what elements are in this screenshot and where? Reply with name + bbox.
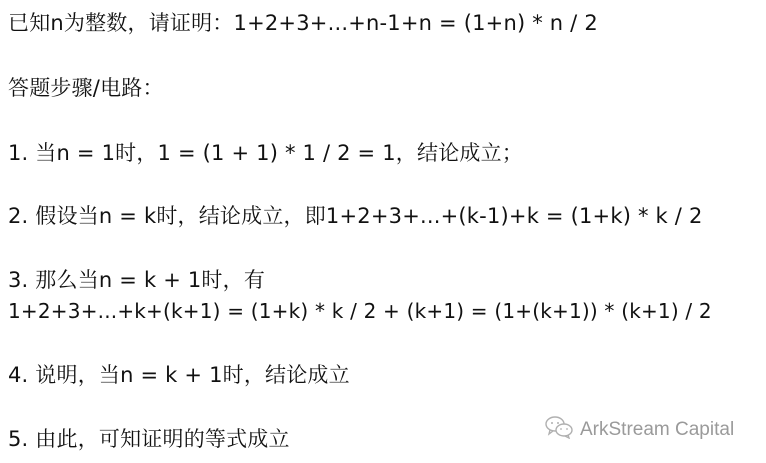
steps-heading: 答题步骤/电路： — [8, 75, 164, 101]
step-5: 5. 由此，可知证明的等式成立 — [8, 426, 290, 452]
step-3-intro: 3. 那么当n = k + 1时，有 — [8, 267, 265, 293]
wechat-icon — [544, 415, 580, 445]
step-3-formula: 1+2+3+...+k+(k+1) = (1+k) * k / 2 + (k+1… — [8, 298, 712, 324]
watermark: ArkStream Capital — [544, 415, 734, 445]
step-2: 2. 假设当n = k时，结论成立，即1+2+3+...+(k-1)+k = (… — [8, 203, 703, 229]
step-4: 4. 说明，当n = k + 1时，结论成立 — [8, 362, 350, 388]
problem-statement: 已知n为整数，请证明：1+2+3+...+n-1+n = (1+n) * n /… — [8, 10, 598, 36]
step-1: 1. 当n = 1时，1 = (1 + 1) * 1 / 2 = 1，结论成立； — [8, 140, 523, 166]
watermark-text: ArkStream Capital — [580, 419, 734, 441]
